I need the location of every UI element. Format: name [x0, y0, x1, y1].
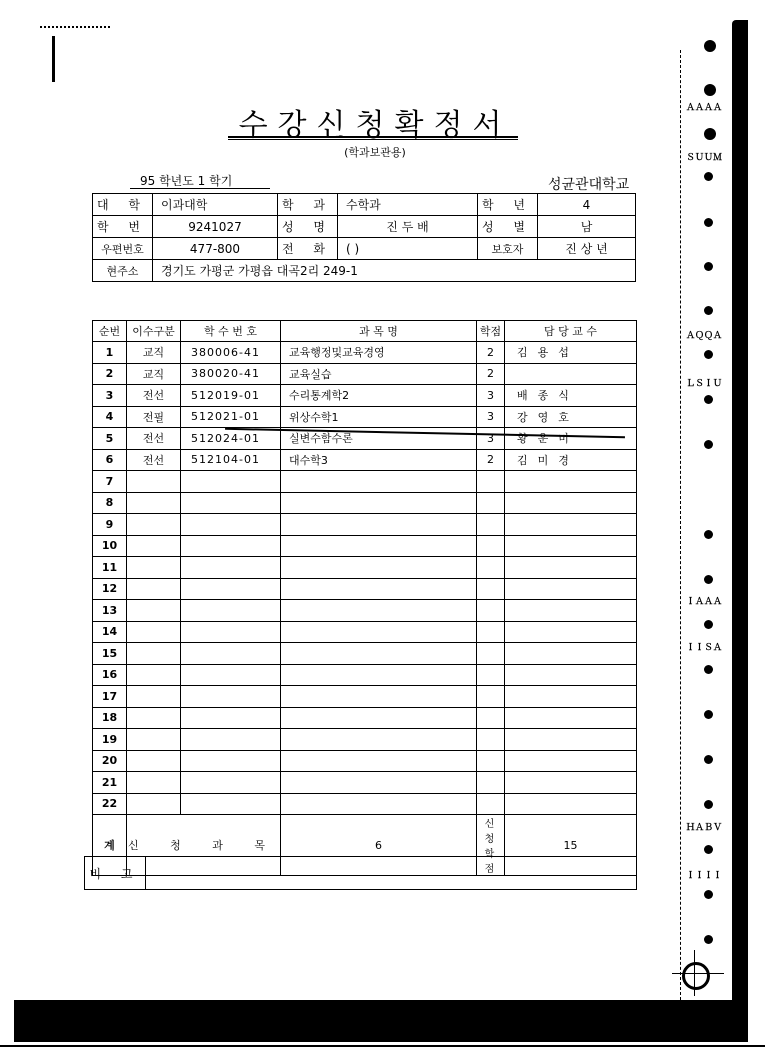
- phone-value: ( ): [338, 238, 478, 260]
- course-name: [281, 729, 477, 751]
- course-credits: [477, 793, 505, 815]
- course-credits: [477, 578, 505, 600]
- feed-hole-icon: [704, 128, 716, 140]
- course-name: [281, 492, 477, 514]
- year-value: 4: [538, 194, 636, 216]
- feed-hole-icon: [704, 800, 713, 809]
- table-row: 8: [93, 492, 637, 514]
- title-underline: [228, 136, 518, 140]
- course-category: [127, 664, 181, 686]
- student-id-label: 학 번: [93, 216, 153, 238]
- department-label: 학 과: [278, 194, 338, 216]
- table-row: 2교직380020-41교육실습2: [93, 363, 637, 385]
- feed-hole-icon: [704, 935, 713, 944]
- row-number: 1: [93, 342, 127, 364]
- course-credits: 3: [477, 428, 505, 450]
- course-name: [281, 557, 477, 579]
- course-professor: [505, 621, 637, 643]
- course-name: [281, 686, 477, 708]
- course-table: 순번 이수구분 학 수 번 호 과 목 명 학점 담 당 교 수 1교직3800…: [92, 320, 637, 876]
- course-professor: [505, 772, 637, 794]
- table-row: 11: [93, 557, 637, 579]
- course-name: [281, 535, 477, 557]
- table-row: 18: [93, 707, 637, 729]
- table-row: 21: [93, 772, 637, 794]
- course-credits: [477, 471, 505, 493]
- course-name: 위상수학1: [281, 406, 477, 428]
- perforation-line: [680, 50, 681, 1000]
- course-credits: [477, 707, 505, 729]
- course-category: 전선: [127, 385, 181, 407]
- course-name: [281, 578, 477, 600]
- row-number: 7: [93, 471, 127, 493]
- table-row: 3전선512019-01수리통계학23배종식: [93, 385, 637, 407]
- row-number: 4: [93, 406, 127, 428]
- course-professor: [505, 578, 637, 600]
- row-number: 19: [93, 729, 127, 751]
- course-credits: [477, 600, 505, 622]
- course-professor: 김용섭: [505, 342, 637, 364]
- feed-hole-icon: [704, 530, 713, 539]
- course-credits: [477, 664, 505, 686]
- course-professor: [505, 557, 637, 579]
- course-professor: [505, 471, 637, 493]
- course-credits: 2: [477, 342, 505, 364]
- course-code: 512024-01: [181, 428, 281, 450]
- course-category: 교직: [127, 342, 181, 364]
- feed-hole-icon: [704, 84, 716, 96]
- column-header: 학 수 번 호: [181, 321, 281, 342]
- course-credits: [477, 621, 505, 643]
- table-row: 15: [93, 643, 637, 665]
- row-number: 5: [93, 428, 127, 450]
- row-number: 22: [93, 793, 127, 815]
- course-professor: [505, 492, 637, 514]
- course-credits: [477, 535, 505, 557]
- address-label: 현주소: [93, 260, 153, 282]
- course-code: [181, 514, 281, 536]
- remarks-table: 비 고: [84, 856, 637, 890]
- course-name: [281, 664, 477, 686]
- course-category: [127, 793, 181, 815]
- margin-code: ＩＩＳＡ: [686, 640, 722, 653]
- row-number: 17: [93, 686, 127, 708]
- feed-hole-icon: [704, 620, 713, 629]
- row-number: 13: [93, 600, 127, 622]
- postal-value: 477-800: [153, 238, 278, 260]
- course-category: 전필: [127, 406, 181, 428]
- table-row: 10: [93, 535, 637, 557]
- feed-hole-icon: [704, 350, 713, 359]
- course-category: [127, 729, 181, 751]
- feed-hole-icon: [704, 710, 713, 719]
- year-label: 학 년: [478, 194, 538, 216]
- course-code: 512019-01: [181, 385, 281, 407]
- course-professor: [505, 686, 637, 708]
- feed-hole-icon: [704, 440, 713, 449]
- table-header-row: 순번 이수구분 학 수 번 호 과 목 명 학점 담 당 교 수: [93, 321, 637, 342]
- feed-hole-icon: [704, 575, 713, 584]
- course-category: [127, 750, 181, 772]
- feed-hole-icon: [704, 395, 713, 404]
- course-credits: [477, 643, 505, 665]
- row-number: 3: [93, 385, 127, 407]
- course-code: [181, 492, 281, 514]
- course-code: [181, 793, 281, 815]
- column-header: 순번: [93, 321, 127, 342]
- course-code: [181, 600, 281, 622]
- course-category: [127, 557, 181, 579]
- feed-hole-icon: [704, 755, 713, 764]
- course-credits: [477, 492, 505, 514]
- column-header: 학점: [477, 321, 505, 342]
- column-header: 담 당 교 수: [505, 321, 637, 342]
- row-number: 18: [93, 707, 127, 729]
- course-name: [281, 707, 477, 729]
- table-row: 14: [93, 621, 637, 643]
- school-name: 성균관대학교: [548, 174, 629, 194]
- postal-label: 우편번호: [93, 238, 153, 260]
- guardian-label: 보호자: [478, 238, 538, 260]
- course-credits: [477, 772, 505, 794]
- gender-label: 성 별: [478, 216, 538, 238]
- row-number: 14: [93, 621, 127, 643]
- course-category: [127, 600, 181, 622]
- column-header: 과 목 명: [281, 321, 477, 342]
- course-name: [281, 772, 477, 794]
- course-category: [127, 535, 181, 557]
- course-name: [281, 600, 477, 622]
- course-code: [181, 643, 281, 665]
- row-number: 8: [93, 492, 127, 514]
- course-category: [127, 707, 181, 729]
- course-professor: [505, 707, 637, 729]
- course-name: 교육실습: [281, 363, 477, 385]
- phone-label: 전 화: [278, 238, 338, 260]
- course-professor: [505, 793, 637, 815]
- feed-hole-icon: [704, 306, 713, 315]
- course-code: 380020-41: [181, 363, 281, 385]
- margin-code: ＡＡＡＡ: [686, 100, 722, 113]
- margin-code: ＨＡＢＶ: [686, 820, 722, 833]
- department-value: 수학과: [338, 194, 478, 216]
- gender-value: 남: [538, 216, 636, 238]
- row-number: 10: [93, 535, 127, 557]
- margin-code: ＬＳＩＵ: [686, 376, 722, 389]
- course-credits: 3: [477, 385, 505, 407]
- course-category: [127, 643, 181, 665]
- table-row: 17: [93, 686, 637, 708]
- margin-code: ＩＡＡＡ: [686, 594, 722, 607]
- course-name: 대수학3: [281, 449, 477, 471]
- course-code: [181, 578, 281, 600]
- course-code: 512104-01: [181, 449, 281, 471]
- row-number: 21: [93, 772, 127, 794]
- feed-hole-icon: [704, 172, 713, 181]
- row-number: 6: [93, 449, 127, 471]
- course-category: [127, 578, 181, 600]
- row-number: 2: [93, 363, 127, 385]
- column-header: 이수구분: [127, 321, 181, 342]
- course-name: 교육행정및교육경영: [281, 342, 477, 364]
- course-code: [181, 772, 281, 794]
- course-name: [281, 643, 477, 665]
- course-name: [281, 793, 477, 815]
- guardian-value: 진 상 년: [538, 238, 636, 260]
- student-id-value: 9241027: [153, 216, 278, 238]
- course-professor: [505, 664, 637, 686]
- course-category: [127, 772, 181, 794]
- feed-hole-icon: [704, 890, 713, 899]
- course-credits: 3: [477, 406, 505, 428]
- row-number: 9: [93, 514, 127, 536]
- course-professor: 강영호: [505, 406, 637, 428]
- table-row: 19: [93, 729, 637, 751]
- course-professor: [505, 643, 637, 665]
- course-category: [127, 514, 181, 536]
- course-code: [181, 471, 281, 493]
- table-row: 1교직380006-41교육행정및교육경영2김용섭: [93, 342, 637, 364]
- feed-hole-icon: [704, 665, 713, 674]
- address-value: 경기도 가평군 가평읍 대곡2리 249-1: [153, 260, 636, 282]
- name-value: 진 두 배: [338, 216, 478, 238]
- table-row: 20: [93, 750, 637, 772]
- academic-term: 95 학년도 1 학기: [140, 172, 232, 189]
- table-row: 16: [93, 664, 637, 686]
- remarks-value: [146, 857, 637, 890]
- table-row: 9: [93, 514, 637, 536]
- course-professor: [505, 535, 637, 557]
- remarks-label: 비 고: [85, 857, 146, 890]
- course-code: 380006-41: [181, 342, 281, 364]
- table-row: 12: [93, 578, 637, 600]
- table-row: 7: [93, 471, 637, 493]
- table-row: 22: [93, 793, 637, 815]
- name-label: 성 명: [278, 216, 338, 238]
- course-code: [181, 686, 281, 708]
- student-info-table: 대 학 이과대학 학 과 수학과 학 년 4 학 번 9241027 성 명 진…: [92, 193, 636, 282]
- course-category: [127, 471, 181, 493]
- table-row: 6전선512104-01대수학32김미경: [93, 449, 637, 471]
- scan-artifact: [52, 36, 55, 82]
- course-code: 512021-01: [181, 406, 281, 428]
- course-professor: 김미경: [505, 449, 637, 471]
- scan-edge: [732, 20, 748, 1020]
- course-category: 전선: [127, 449, 181, 471]
- registration-mark-icon: [682, 962, 710, 990]
- course-category: [127, 621, 181, 643]
- row-number: 12: [93, 578, 127, 600]
- course-code: [181, 557, 281, 579]
- scan-edge: [14, 1000, 748, 1042]
- course-name: [281, 471, 477, 493]
- course-professor: [505, 514, 637, 536]
- row-number: 11: [93, 557, 127, 579]
- course-code: [181, 750, 281, 772]
- course-code: [181, 729, 281, 751]
- document-subtitle: (학과보관용): [300, 144, 450, 160]
- course-credits: [477, 557, 505, 579]
- feed-hole-icon: [704, 262, 713, 271]
- course-code: [181, 621, 281, 643]
- course-credits: [477, 686, 505, 708]
- margin-code: ＩＩＩＩ: [686, 868, 722, 881]
- course-credits: [477, 729, 505, 751]
- college-label: 대 학: [93, 194, 153, 216]
- course-name: [281, 514, 477, 536]
- course-credits: 2: [477, 363, 505, 385]
- course-professor: [505, 750, 637, 772]
- course-name: [281, 750, 477, 772]
- course-credits: 2: [477, 449, 505, 471]
- row-number: 20: [93, 750, 127, 772]
- row-number: 15: [93, 643, 127, 665]
- table-row: 13: [93, 600, 637, 622]
- course-name: [281, 621, 477, 643]
- term-underline: [130, 188, 270, 189]
- feed-hole-icon: [704, 845, 713, 854]
- course-category: 전선: [127, 428, 181, 450]
- course-category: [127, 492, 181, 514]
- course-professor: [505, 600, 637, 622]
- table-row: 4전필512021-01위상수학13강영호: [93, 406, 637, 428]
- feed-hole-icon: [704, 40, 716, 52]
- scan-edge: [0, 1045, 765, 1047]
- course-professor: [505, 729, 637, 751]
- course-code: [181, 535, 281, 557]
- course-category: 교직: [127, 363, 181, 385]
- feed-hole-icon: [704, 218, 713, 227]
- course-code: [181, 664, 281, 686]
- course-code: [181, 707, 281, 729]
- course-credits: [477, 514, 505, 536]
- course-professor: 황운미: [505, 428, 637, 450]
- row-number: 16: [93, 664, 127, 686]
- margin-code: ＳＵＵＭ: [686, 150, 722, 163]
- margin-code: ＡＱＱＡ: [686, 328, 722, 341]
- course-credits: [477, 750, 505, 772]
- scan-artifact: [40, 26, 110, 32]
- college-value: 이과대학: [153, 194, 278, 216]
- course-professor: 배종식: [505, 385, 637, 407]
- course-professor: [505, 363, 637, 385]
- course-name: 수리통계학2: [281, 385, 477, 407]
- course-category: [127, 686, 181, 708]
